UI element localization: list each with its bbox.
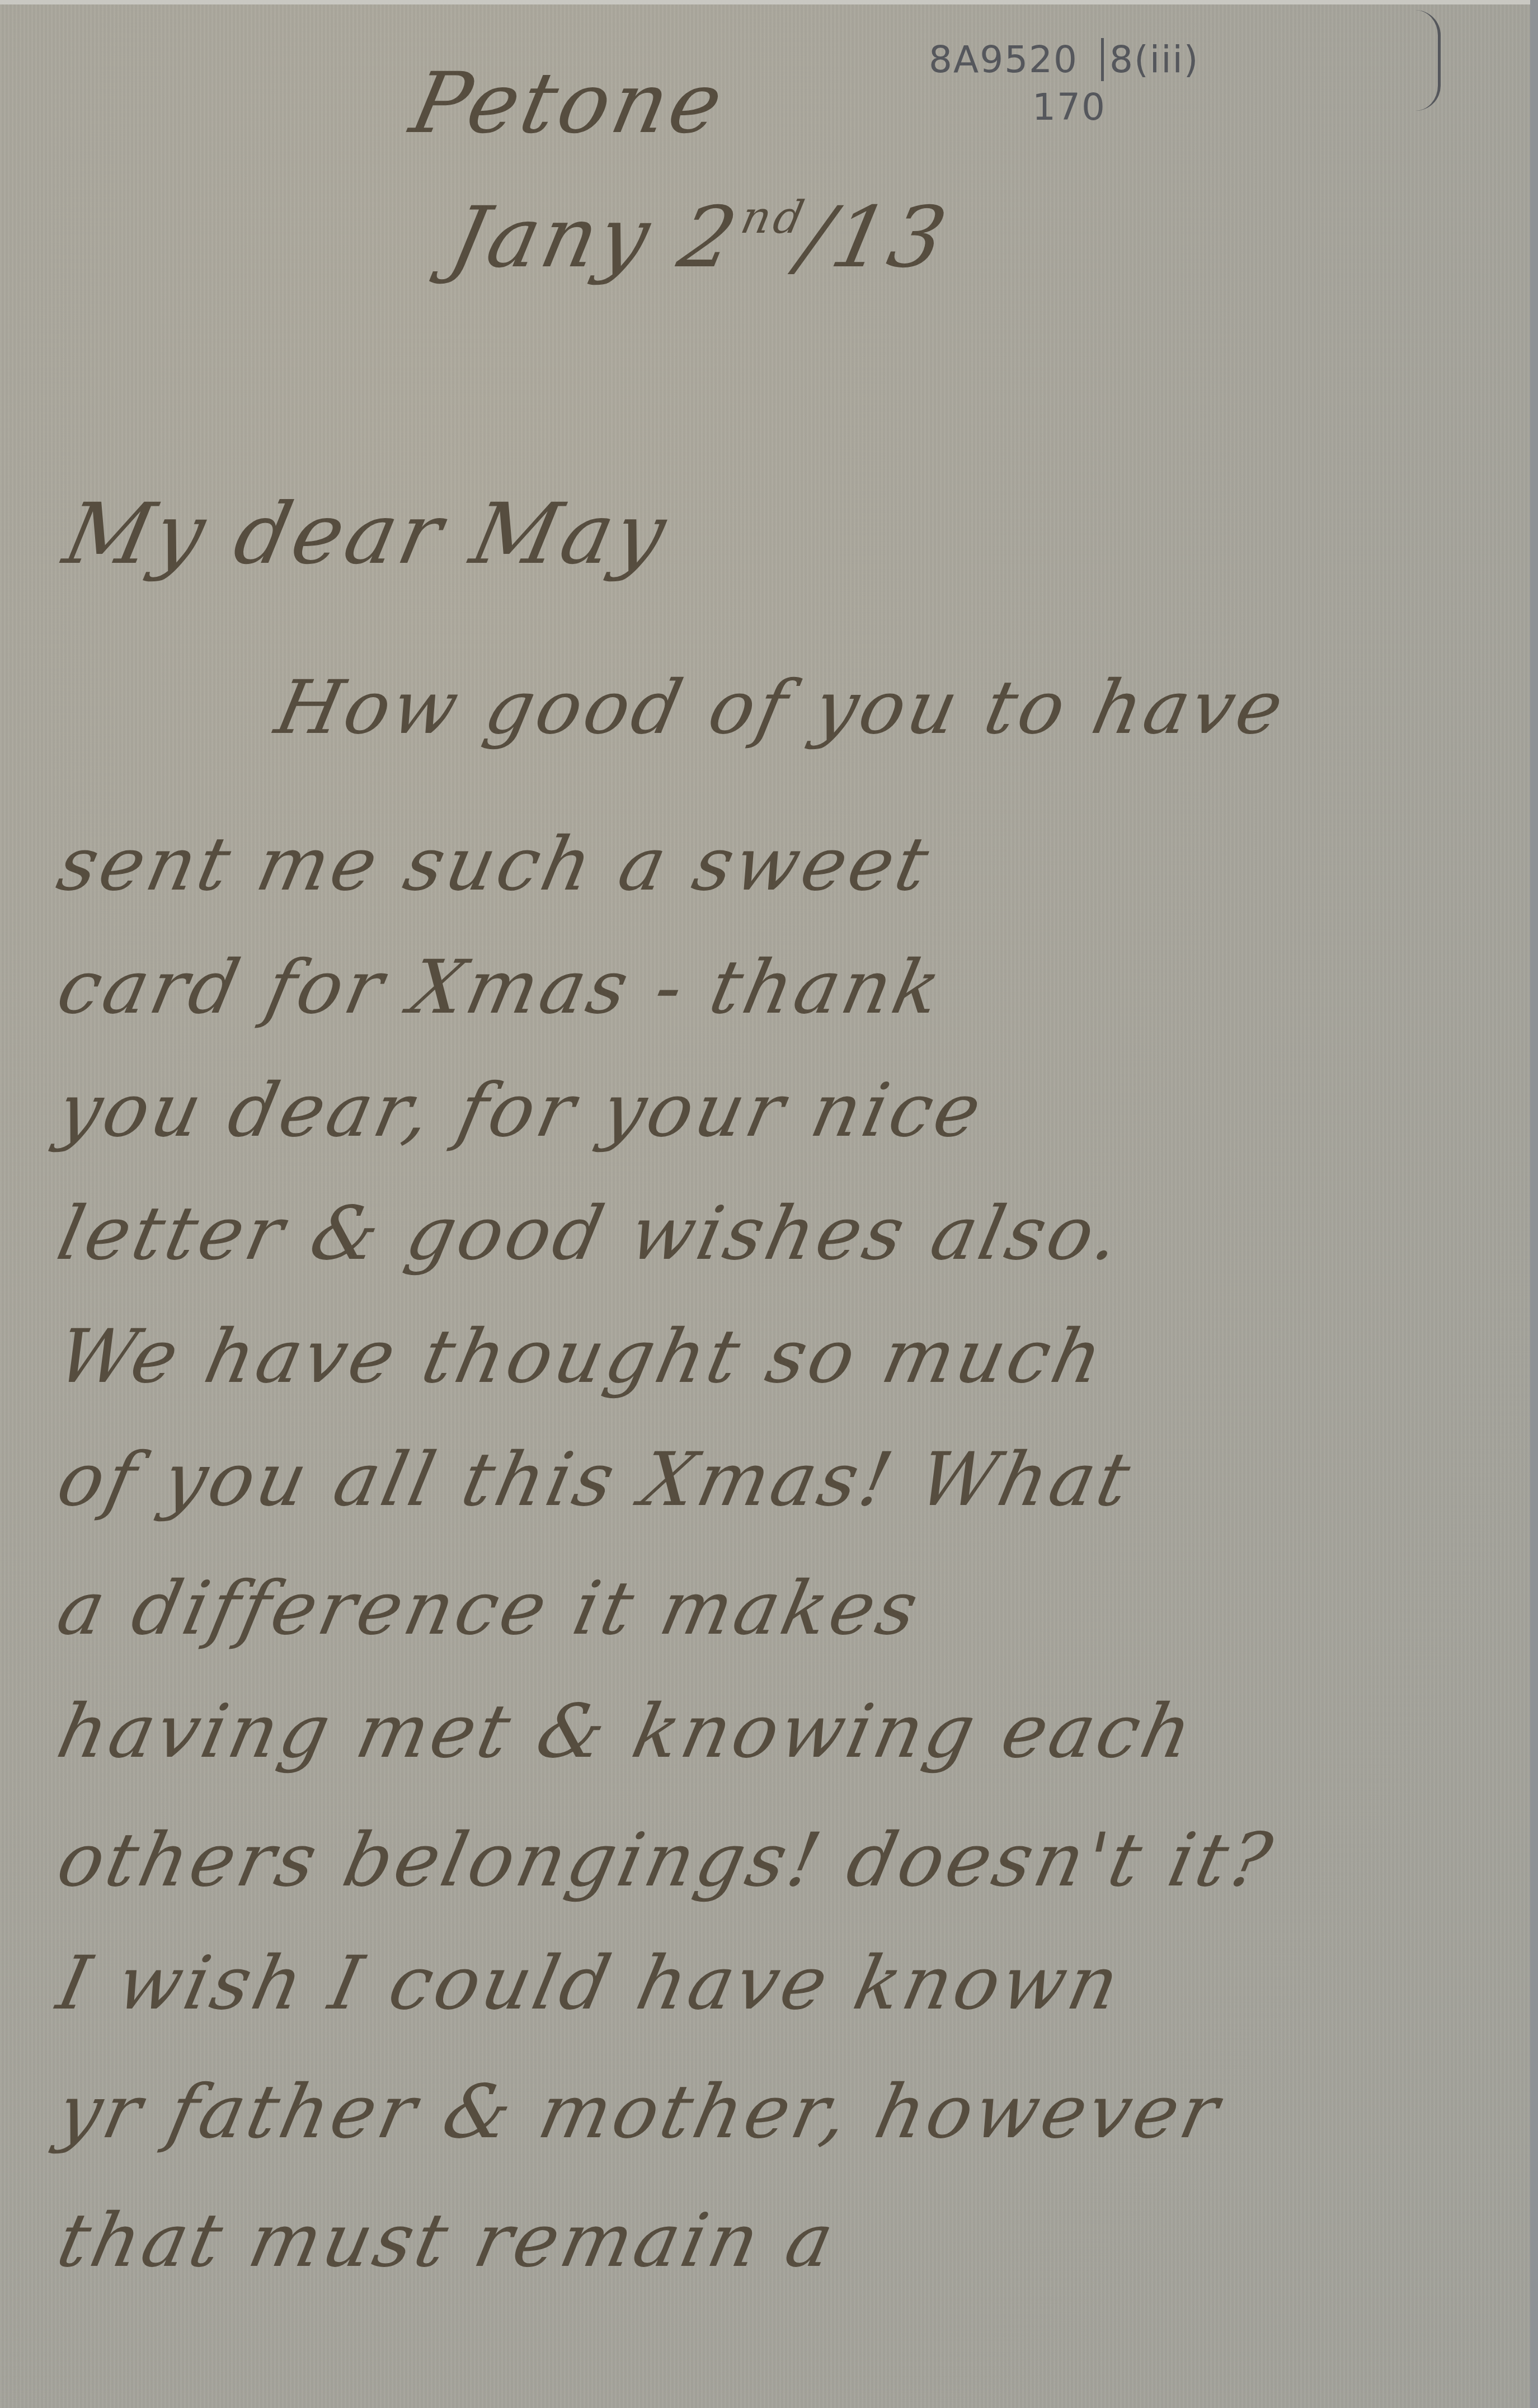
body-line-3: card for Xmas - thank	[50, 944, 951, 1031]
body-line-10: others belongings! doesn't it?	[50, 1817, 1282, 1903]
archive-reference-number: 8A9520 8(iii)	[929, 38, 1200, 81]
body-line-12: yr father & mother, however	[50, 2069, 1229, 2155]
body-line-13: that must remain a	[50, 2198, 844, 2284]
body-line-1: How good of you to have	[269, 665, 1294, 751]
body-line-5: letter & good wishes also.	[50, 1191, 1131, 1277]
date-ordinal: nd	[736, 191, 812, 243]
letter-date: Jany 2nd/13	[442, 189, 957, 286]
letter-page: 8A9520 8(iii) 170 Petone Jany 2nd/13 My …	[0, 4, 1530, 2408]
background-border-right	[1530, 0, 1538, 2408]
archive-bracket-mark	[1415, 10, 1441, 111]
body-line-11: I wish I could have known	[50, 1940, 1130, 2026]
body-line-6: We have thought so much	[50, 1314, 1113, 1400]
letter-place: Petone	[403, 55, 734, 152]
body-line-4: you dear, for your nice	[50, 1067, 991, 1154]
date-main: Jany 2	[442, 189, 748, 286]
body-line-7: of you all this Xmas! What	[50, 1437, 1140, 1523]
body-line-2: sent me such a sweet	[50, 821, 939, 907]
date-year: /13	[792, 189, 957, 286]
archive-reference-suffix: 8(iii)	[1101, 38, 1200, 81]
paper-top-edge	[0, 0, 1538, 4]
archive-reference-line1: 8A9520	[929, 38, 1078, 81]
archive-reference-folio: 170	[1032, 86, 1106, 129]
body-line-8: a difference it makes	[50, 1565, 928, 1652]
body-line-9: having met & knowing each	[50, 1689, 1202, 1775]
letter-salutation: My dear May	[56, 486, 677, 583]
